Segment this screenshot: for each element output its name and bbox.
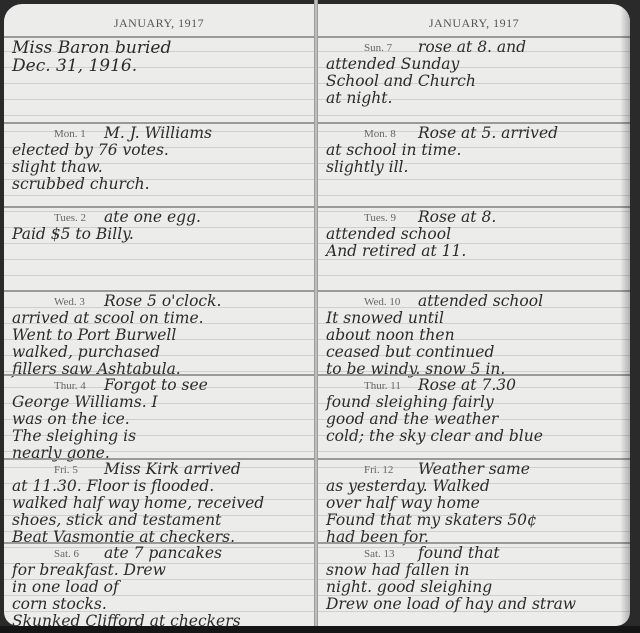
day-entry: Rose at 5. arrived at school in time. sl… (326, 124, 622, 176)
day-entry: attended school It snowed until about no… (326, 292, 622, 378)
day-entry: Miss Kirk arrived at 11.30. Floor is flo… (12, 460, 306, 546)
day-block: Thur. 11 Rose at 7.30 found sleighing fa… (318, 374, 630, 458)
day-block: Tues. 2 ate one egg. Paid $5 to Billy. (4, 206, 314, 290)
day-entry: Forgot to see George Williams. I was on … (12, 376, 306, 462)
day-block: Mon. 8 Rose at 5. arrived at school in t… (318, 122, 630, 206)
day-block: Mon. 1 M. J. Williams elected by 76 vote… (4, 122, 314, 206)
day-block: Wed. 10 attended school It snowed until … (318, 290, 630, 374)
day-entry: Weather same as yesterday. Walked over h… (326, 460, 622, 546)
top-note: Miss Baron buried Dec. 31, 1916. (12, 36, 306, 75)
day-entry: Rose at 8. attended school And retired a… (326, 208, 622, 260)
page-edge-shadow (620, 4, 630, 626)
right-page: JANUARY, 1917 Sun. 7 rose at 8. and atte… (318, 4, 630, 626)
book-bottom-edge (0, 626, 640, 633)
day-block: Fri. 5 Miss Kirk arrived at 11.30. Floor… (4, 458, 314, 542)
day-entry: rose at 8. and attended Sunday School an… (326, 38, 622, 107)
day-block: Tues. 9 Rose at 8. attended school And r… (318, 206, 630, 290)
day-entry: Rose at 7.30 found sleighing fairly good… (326, 376, 622, 445)
day-entry: Rose 5 o'clock. arrived at scool on time… (12, 292, 306, 378)
day-block: Thur. 4 Forgot to see George Williams. I… (4, 374, 314, 458)
left-page-header: JANUARY, 1917 (4, 10, 314, 36)
day-block: Fri. 12 Weather same as yesterday. Walke… (318, 458, 630, 542)
day-entry: M. J. Williams elected by 76 votes. slig… (12, 124, 306, 193)
day-block: Sat. 13 found that snow had fallen in ni… (318, 542, 630, 626)
day-entry: ate one egg. Paid $5 to Billy. (12, 208, 306, 243)
right-page-header: JANUARY, 1917 (318, 10, 630, 36)
day-block: Wed. 3 Rose 5 o'clock. arrived at scool … (4, 290, 314, 374)
day-block: Sun. 7 rose at 8. and attended Sunday Sc… (318, 38, 630, 120)
diary-spread: JANUARY, 1917 Miss Baron buried Dec. 31,… (0, 0, 640, 633)
day-entry: ate 7 pancakes for breakfast. Drew in on… (12, 544, 306, 626)
day-entry: found that snow had fallen in night. goo… (326, 544, 622, 613)
left-page: JANUARY, 1917 Miss Baron buried Dec. 31,… (4, 4, 314, 626)
day-block: Sat. 6 ate 7 pancakes for breakfast. Dre… (4, 542, 314, 626)
